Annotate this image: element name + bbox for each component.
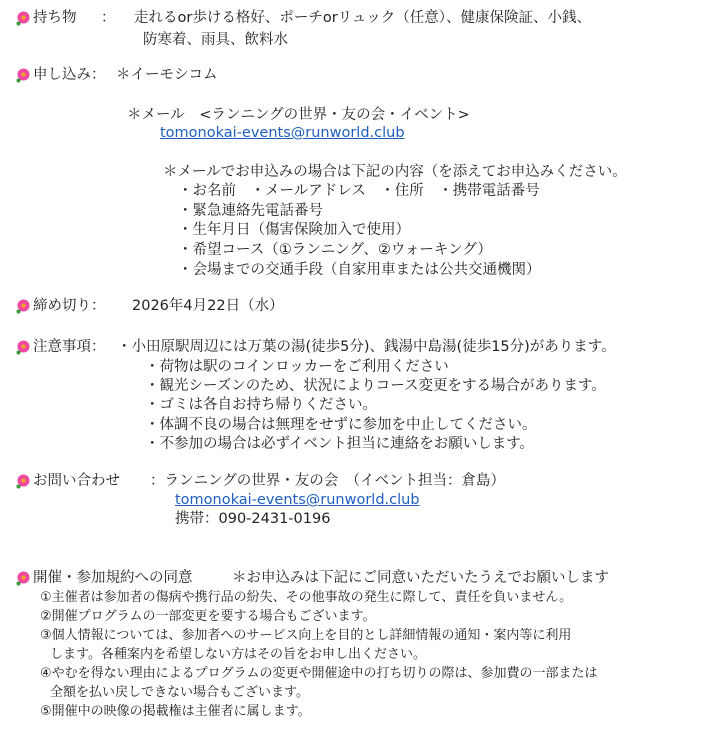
notes-item: ・不参加の場合は必ずイベント担当に連絡をお願いします。 <box>145 435 534 453</box>
items-to-bring-colon: ： <box>101 9 116 27</box>
terms-item: ④やむを得ない理由によるプログラムの変更や開催途中の打ち切りの際は、参加費の一部… <box>40 665 598 683</box>
application-email-note: ＊メールでお申込みの場合は下記の内容（を添えてお申込みください。 <box>163 163 627 181</box>
terms-item-continuation: します。各種案内を希望しない方はその旨をお申し出ください。 <box>50 646 426 664</box>
terms-note: ＊お申込みは下記にご同意いただいたうえでお願いします <box>232 569 609 587</box>
application-email-link[interactable]: tomonokai-events@runworld.club <box>160 124 405 142</box>
hibiscus-flower-icon <box>15 570 31 586</box>
items-to-bring-line2: 防寒着、雨具、飲料水 <box>143 31 288 49</box>
notes-item: ・荷物は駅のコインロッカーをご利用ください <box>145 358 449 376</box>
deadline-value: 2026年4月22日（水） <box>132 297 284 315</box>
application-field-item: ・会場までの交通手段（自家用車または公共交通機関） <box>178 261 541 279</box>
notes-label: 注意事項： <box>33 338 106 356</box>
contact-organization: ：ランニングの世界・友の会 （イベント担当：倉島） <box>150 472 505 490</box>
terms-item: ③個人情報については、参加者へのサービス向上を目的とし詳細情報の通知・案内等に利… <box>40 627 571 645</box>
terms-item: ⑤開催中の映像の掲載権は主催者に属します。 <box>40 703 311 721</box>
terms-item: ①主催者は参加者の傷病や携行品の紛失、その他事故の発生に際して、責任を負いません… <box>40 589 572 607</box>
terms-item-continuation: 全額を払い戻しできない場合もございます。 <box>50 684 309 702</box>
contact-phone: 携帯：090-2431-0196 <box>175 510 330 528</box>
contact-email-link[interactable]: tomonokai-events@runworld.club <box>175 491 420 509</box>
items-to-bring-label: 持ち物 <box>33 9 77 27</box>
items-to-bring-line1: 走れるor歩ける格好、ポーチorリュック（任意）、健康保険証、小銭、 <box>134 9 591 27</box>
application-method-email: ＊メール <ランニングの世界・友の会・イベント> <box>127 106 470 124</box>
terms-item: ②開催プログラムの一部変更を要する場合もございます。 <box>40 608 376 626</box>
terms-label: 開催・参加規約への同意 <box>33 569 193 587</box>
application-method-imoshicom: ＊イーモシコム <box>116 66 218 84</box>
application-field-item: ・緊急連絡先電話番号 <box>178 202 323 220</box>
deadline-label: 締め切り： <box>33 297 106 315</box>
hibiscus-flower-icon <box>15 298 31 314</box>
notes-item: ・体調不良の場合は無理をせずに参加を中止してください。 <box>145 416 537 434</box>
contact-label: お問い合わせ <box>33 472 120 490</box>
hibiscus-flower-icon <box>15 67 31 83</box>
application-field-item: ・お名前 ・メールアドレス ・住所 ・携帯電話番号 <box>178 182 540 200</box>
hibiscus-flower-icon <box>15 10 31 26</box>
hibiscus-flower-icon <box>15 339 31 355</box>
application-field-item: ・生年月日（傷害保険加入で使用） <box>178 221 410 239</box>
notes-item: ・観光シーズンのため、状況によりコース変更をする場合があります。 <box>145 377 606 395</box>
notes-item: ・ゴミは各自お持ち帰りください。 <box>145 396 377 414</box>
notes-item: ・小田原駅周辺には万葉の湯(徒歩5分)、銭湯中島湯(徒歩15分)があります。 <box>117 338 616 356</box>
application-label: 申し込み： <box>33 66 106 84</box>
hibiscus-flower-icon <box>15 473 31 489</box>
application-field-item: ・希望コース（①ランニング、②ウォーキング） <box>178 241 492 259</box>
